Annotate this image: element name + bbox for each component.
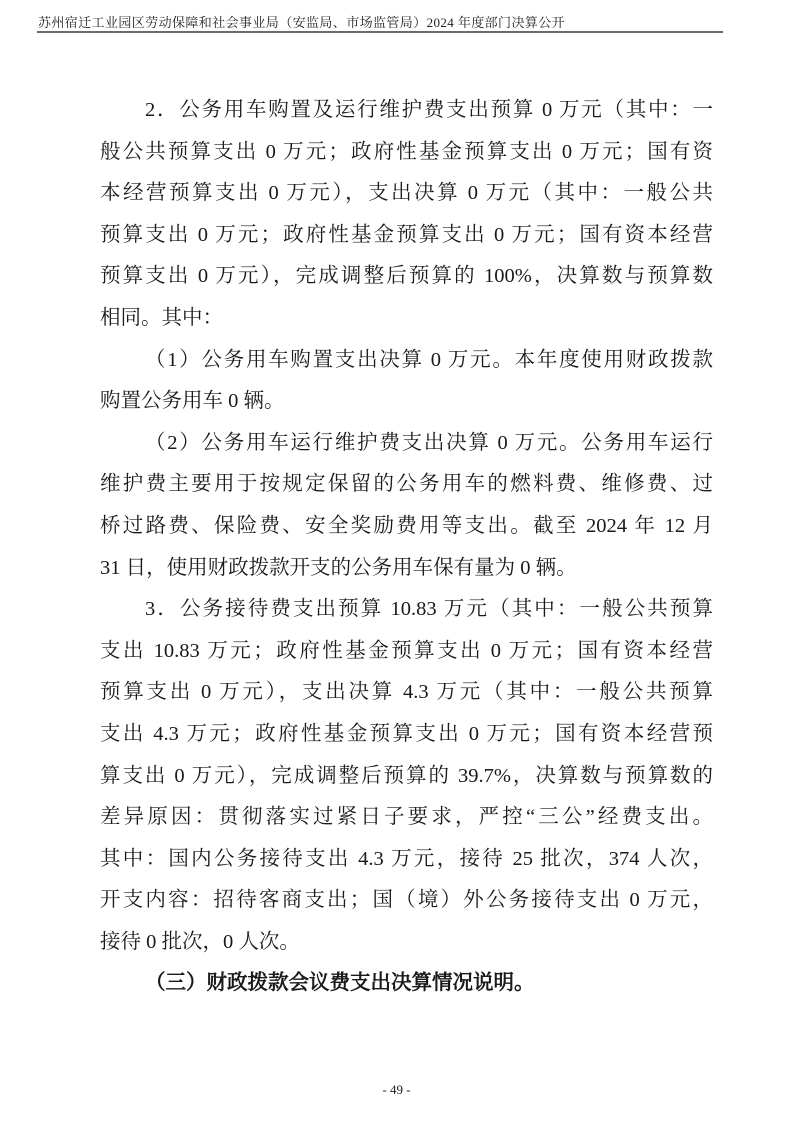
document-line: 2．公务用车购置及运行维护费支出预算 0 万元（其中：一 [100,90,713,132]
document-line: 桥过路费、保险费、安全奖励费用等支出。截至 2024 年 12 月 [100,506,713,548]
document-line: 支出 10.83 万元；政府性基金预算支出 0 万元；国有资本经营 [100,631,713,673]
document-line: 本经营预算支出 0 万元），支出决算 0 万元（其中：一般公共 [100,173,713,215]
page-number: - 49 - [382,1082,410,1097]
document-line: 购置公务用车 0 辆。 [100,381,713,423]
document-line: 算支出 0 万元），完成调整后预算的 39.7%，决算数与预算数的 [100,756,713,798]
document-line: 其中：国内公务接待支出 4.3 万元，接待 25 批次，374 人次， [100,839,713,881]
document-page: 苏州宿迁工业园区劳动保障和社会事业局（安监局、市场监管局）2024 年度部门决算… [0,0,793,1122]
page-footer: - 49 - [0,1082,793,1098]
document-line: 接待 0 批次，0 人次。 [100,922,713,964]
document-line: 支出 4.3 万元；政府性基金预算支出 0 万元；国有资本经营预 [100,714,713,756]
document-line: 开支内容：招待客商支出；国（境）外公务接待支出 0 万元， [100,880,713,922]
document-line: 维护费主要用于按规定保留的公务用车的燃料费、维修费、过 [100,464,713,506]
document-line: 相同。其中： [100,298,713,340]
header-title: 苏州宿迁工业园区劳动保障和社会事业局（安监局、市场监管局）2024 年度部门决算… [38,12,565,31]
section-heading: （三）财政拨款会议费支出决算情况说明。 [100,963,713,1005]
document-line: 预算支出 0 万元），支出决算 4.3 万元（其中：一般公共预算 [100,672,713,714]
document-line: （1）公务用车购置支出决算 0 万元。本年度使用财政拨款 [100,340,713,382]
document-line: （2）公务用车运行维护费支出决算 0 万元。公务用车运行 [100,423,713,465]
document-body: 2．公务用车购置及运行维护费支出预算 0 万元（其中：一 般公共预算支出 0 万… [100,90,713,1005]
document-line: 预算支出 0 万元；政府性基金预算支出 0 万元；国有资本经营 [100,215,713,257]
document-line: 3．公务接待费支出预算 10.83 万元（其中：一般公共预算 [100,589,713,631]
document-line: 预算支出 0 万元），完成调整后预算的 100%，决算数与预算数 [100,256,713,298]
document-line: 般公共预算支出 0 万元；政府性基金预算支出 0 万元；国有资 [100,132,713,174]
document-line: 差异原因：贯彻落实过紧日子要求，严控“三公”经费支出。 [100,797,713,839]
document-line: 31 日，使用财政拨款开支的公务用车保有量为 0 辆。 [100,548,713,590]
header-divider [37,31,723,33]
